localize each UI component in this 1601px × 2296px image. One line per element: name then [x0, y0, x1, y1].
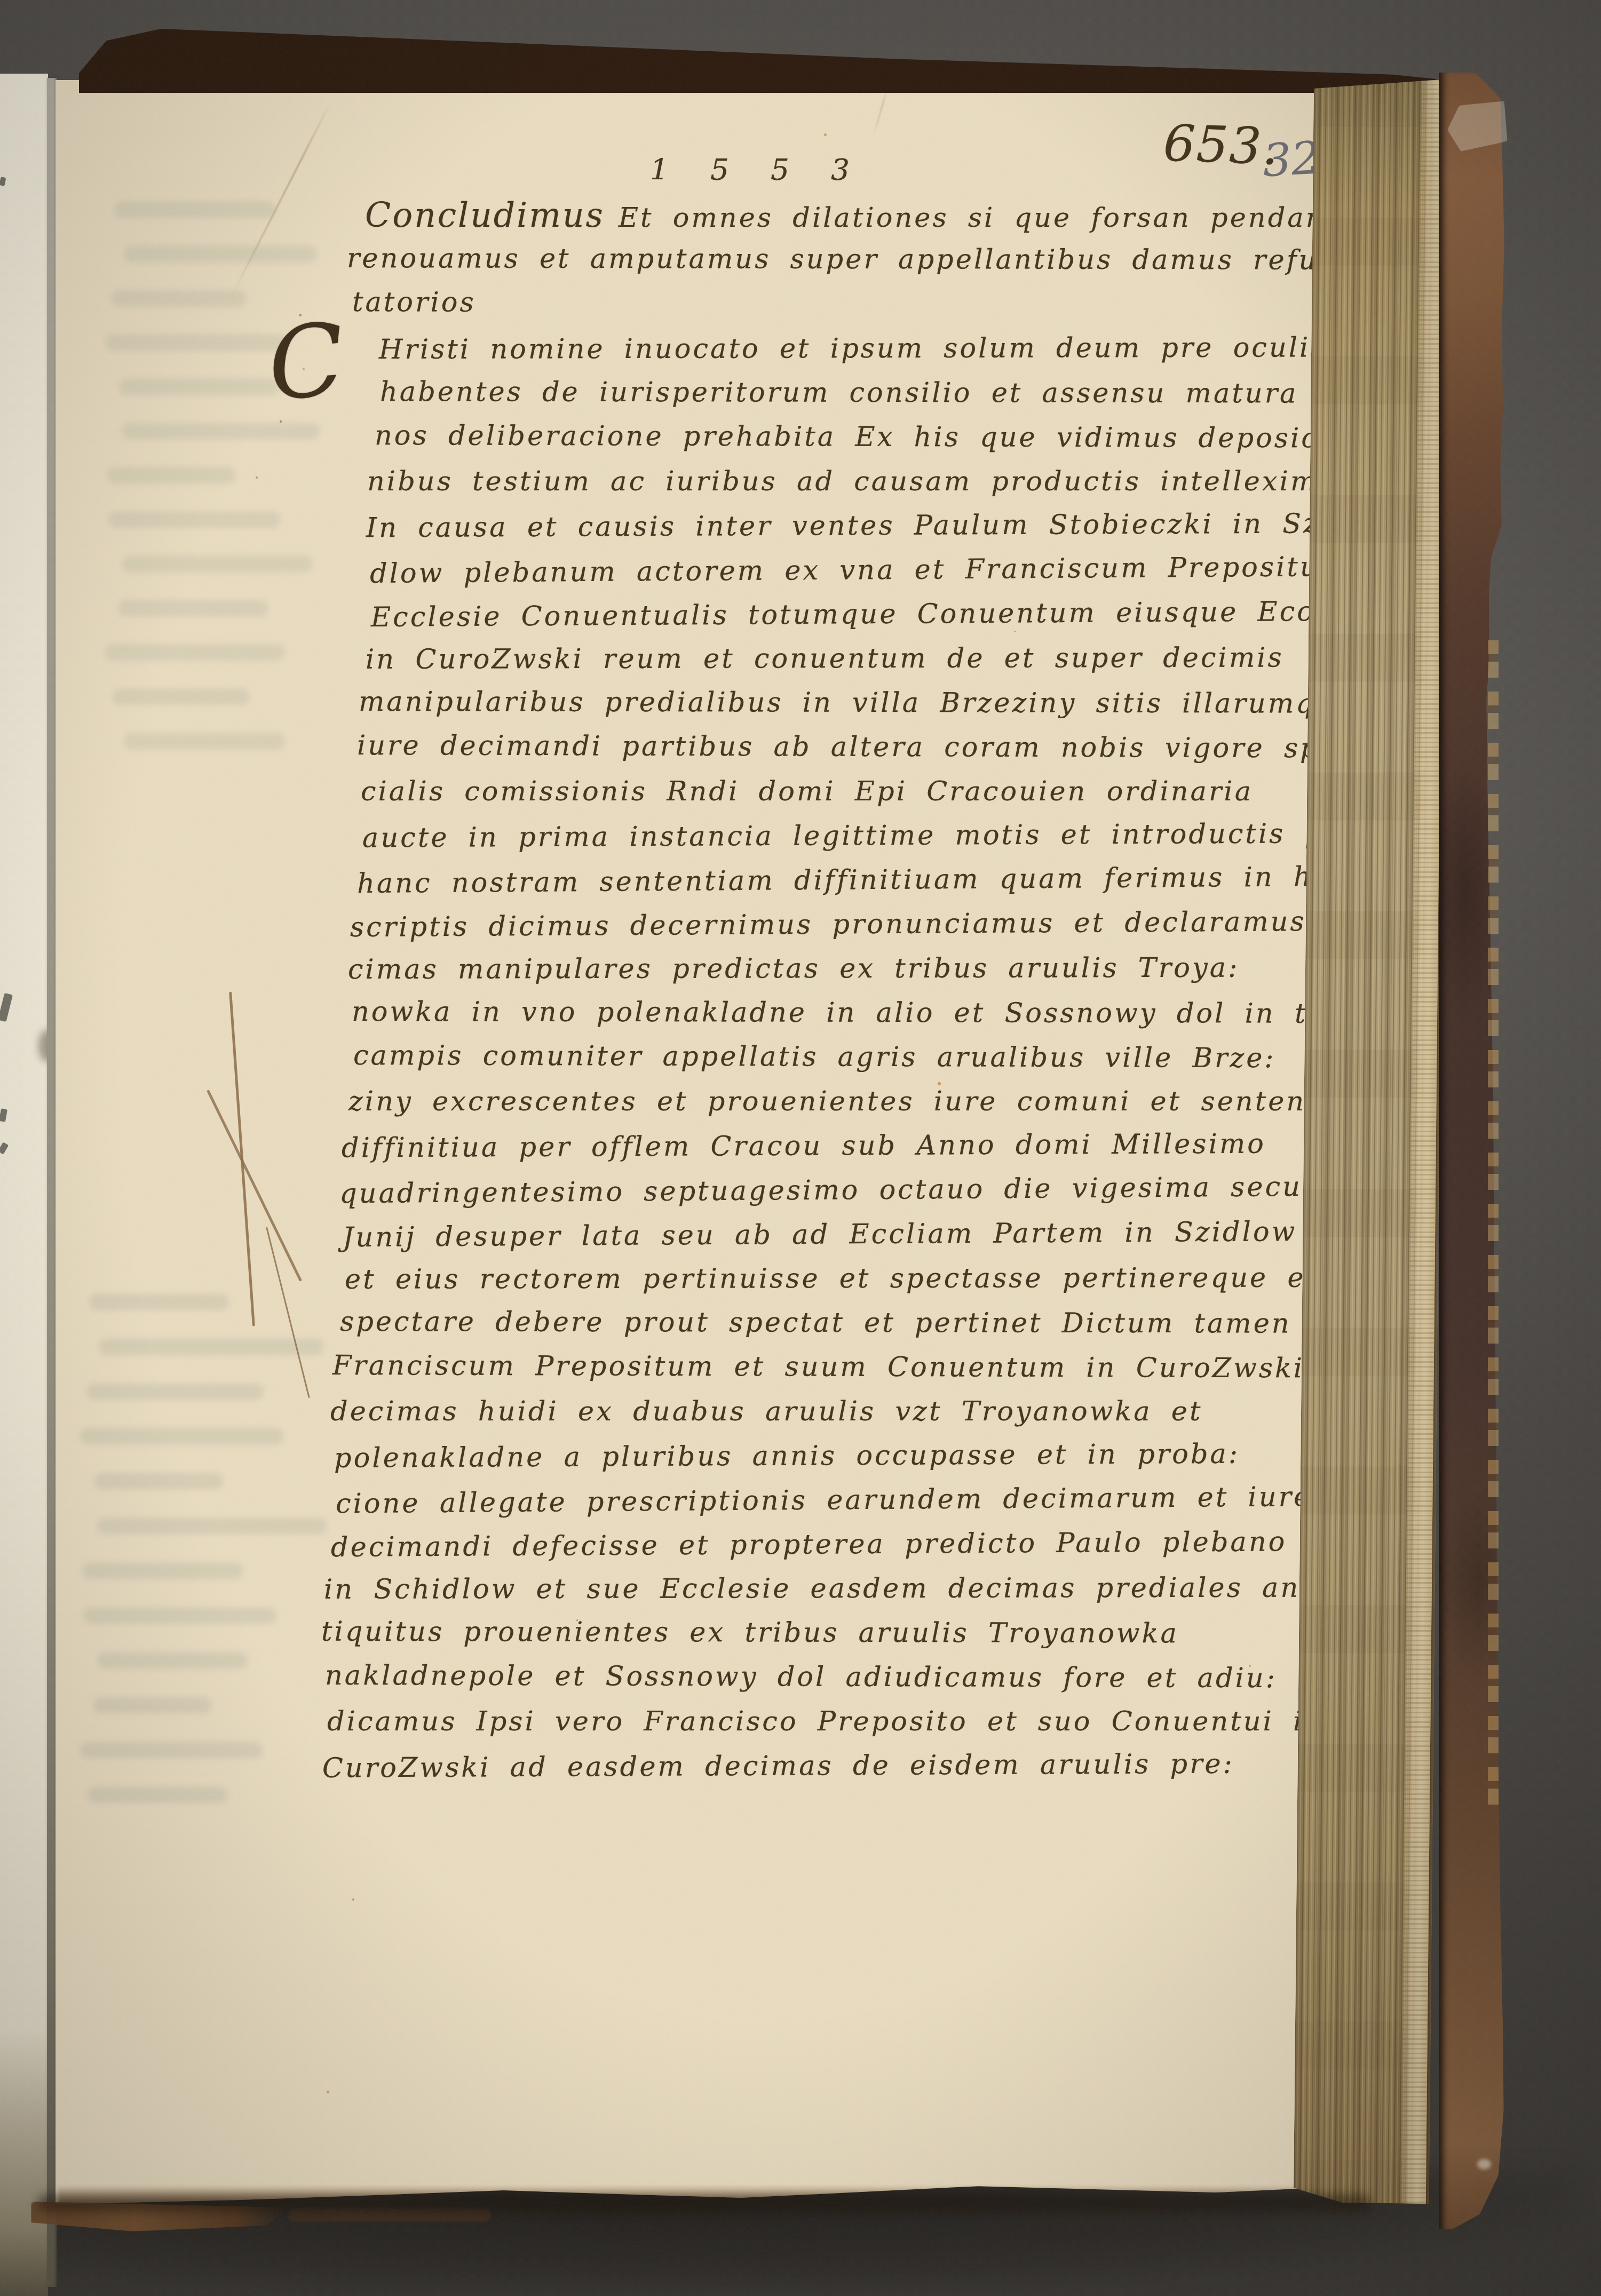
text-line: nowka in vno polenakladne in alio et Sos… [352, 990, 1405, 1036]
foxing-speck [327, 2091, 329, 2093]
manuscript-photo: 1553 653. 327 ConcludimusEt omnes dilati… [0, 0, 1601, 2296]
foxing-speck [824, 133, 827, 136]
text-line: ziny excrescentes et prouenientes iure c… [348, 1079, 1405, 1124]
bleedthrough-row [120, 379, 280, 395]
bleedthrough-row [90, 1294, 228, 1310]
paragraph-lead-word: Concludimus [365, 196, 605, 235]
bleedthrough-row [81, 1742, 262, 1758]
text-line-rest: Et omnes dilationes si que forsan pendan… [619, 202, 1338, 234]
bleedthrough-row [81, 1428, 283, 1444]
bleedthrough-row [87, 1384, 263, 1400]
bleedthrough-row [109, 512, 280, 528]
text-line: habentes de iurisperitorum consilio et a… [380, 370, 1405, 416]
text-line: tatorios [352, 280, 1396, 328]
bleedthrough-row [118, 600, 268, 616]
foxing-speck [352, 1898, 354, 1901]
bleedthrough-row [122, 423, 320, 439]
text-line: spectare debere prout spectat et pertine… [340, 1300, 1405, 1346]
bleedthrough-row [124, 246, 316, 262]
text-line: dlow plebanum actorem ex vna et Francisc… [370, 544, 1405, 596]
text-line: Ecclesie Conuentualis totumque Conuentum… [371, 589, 1405, 640]
text-line: in Schidlow et sue Ecclesie easdem decim… [324, 1566, 1405, 1612]
bleedthrough-row [106, 335, 287, 351]
facing-page-edge [0, 74, 48, 2296]
bleedthrough-row [112, 290, 245, 306]
text-line: Hristi nomine inuocato et ipsum solum de… [379, 325, 1405, 372]
text-line: CuroZwski ad easdem decimas de eisdem ar… [322, 1741, 1405, 1791]
text-line: scriptis dicimus decernimus pronunciamus… [350, 899, 1405, 950]
page-bottom-shadow [37, 2194, 1372, 2212]
bleedthrough-row [93, 1697, 211, 1713]
bleedthrough-row [99, 1339, 323, 1355]
bleedthrough-row [115, 202, 275, 218]
text-line: diffinitiua per offlem Cracou sub Anno d… [342, 1121, 1405, 1170]
bleedthrough-row [123, 556, 312, 572]
bleedthrough-row [124, 733, 284, 749]
main-text-lines: Hristi nomine inuocato et ipsum solum de… [343, 327, 1405, 1788]
bleedthrough-row [108, 467, 236, 483]
year-heading: 1553 [650, 153, 891, 187]
opening-paragraph: ConcludimusEt omnes dilationes si que fo… [350, 193, 1396, 326]
book-fore-edge [1294, 79, 1449, 2204]
text-line: tiquitus prouenientes ex tribus aruulis … [321, 1610, 1405, 1657]
opening-paragraph-lines: renouamus et amputamus super appellantib… [350, 237, 1396, 326]
bleedthrough-row [88, 1787, 227, 1803]
text-line: decimas huidi ex duabus aruulis vzt Troy… [330, 1389, 1405, 1434]
page-holder-strip [47, 78, 57, 2287]
bleedthrough-row [94, 1473, 223, 1489]
text-line: Franciscum Prepositum et suum Conuentum … [332, 1344, 1405, 1391]
text-line: campis comuniter appellatis agris aruali… [353, 1034, 1405, 1081]
text-line: ConcludimusEt omnes dilationes si que fo… [365, 193, 1396, 237]
bleedthrough-row [113, 689, 249, 705]
text-line: cialis comissionis Rndi domi Epi Cracoui… [361, 769, 1405, 814]
text-line: Junij desuper lata seu ab ad Eccliam Par… [343, 1209, 1405, 1260]
text-line: cimas manipulares predictas ex tribus ar… [348, 946, 1405, 992]
bleedthrough-row [97, 1518, 327, 1534]
text-line: dicamus Ipsi vero Francisco Preposito et… [327, 1699, 1405, 1744]
bleedthrough-row [106, 645, 284, 661]
text-line: polenakladne a pluribus annis occupasse … [334, 1431, 1405, 1480]
text-line: decimandi defecisse et propterea predict… [331, 1519, 1405, 1570]
bleedthrough-row [98, 1653, 247, 1669]
text-line: cione allegate prescriptionis earundem d… [336, 1474, 1405, 1527]
bleedthrough-row [84, 1608, 276, 1624]
text-line: In causa et causis inter ventes Paulum S… [366, 502, 1405, 550]
text-line: nakladnepole et Sossnowy dol adiudicamus… [325, 1654, 1405, 1701]
drop-cap-initial: C [264, 309, 348, 415]
main-text-block: C Hristi nomine inuocato et ipsum solum … [343, 327, 1405, 1788]
foxing-speck [256, 476, 258, 479]
cover-frayed-edge [1488, 640, 1499, 1814]
bleedthrough-row [83, 1563, 243, 1579]
text-line: quadringentesimo septuagesimo octauo die… [339, 1164, 1405, 1217]
text-line: renouamus et amputamus super appellantib… [347, 236, 1396, 283]
text-line: aucte in prima instancia legittime motis… [362, 812, 1405, 861]
text-line: nibus testium ac iuribus ad causam produ… [367, 459, 1405, 504]
text-line: manipularibus predialibus in villa Brzez… [359, 680, 1405, 726]
text-line: et eius rectorem pertinuisse et spectass… [345, 1256, 1405, 1301]
text-line: in CuroZwski reum et conuentum de et sup… [366, 635, 1405, 682]
text-line: nos deliberacione prehabita Ex his que v… [375, 414, 1405, 461]
text-line: hanc nostram sententiam diffinitiuam qua… [357, 854, 1405, 906]
cover-corner-glint [1477, 2159, 1491, 2170]
text-line: iure decimandi partibus ab altera coram … [357, 724, 1405, 771]
